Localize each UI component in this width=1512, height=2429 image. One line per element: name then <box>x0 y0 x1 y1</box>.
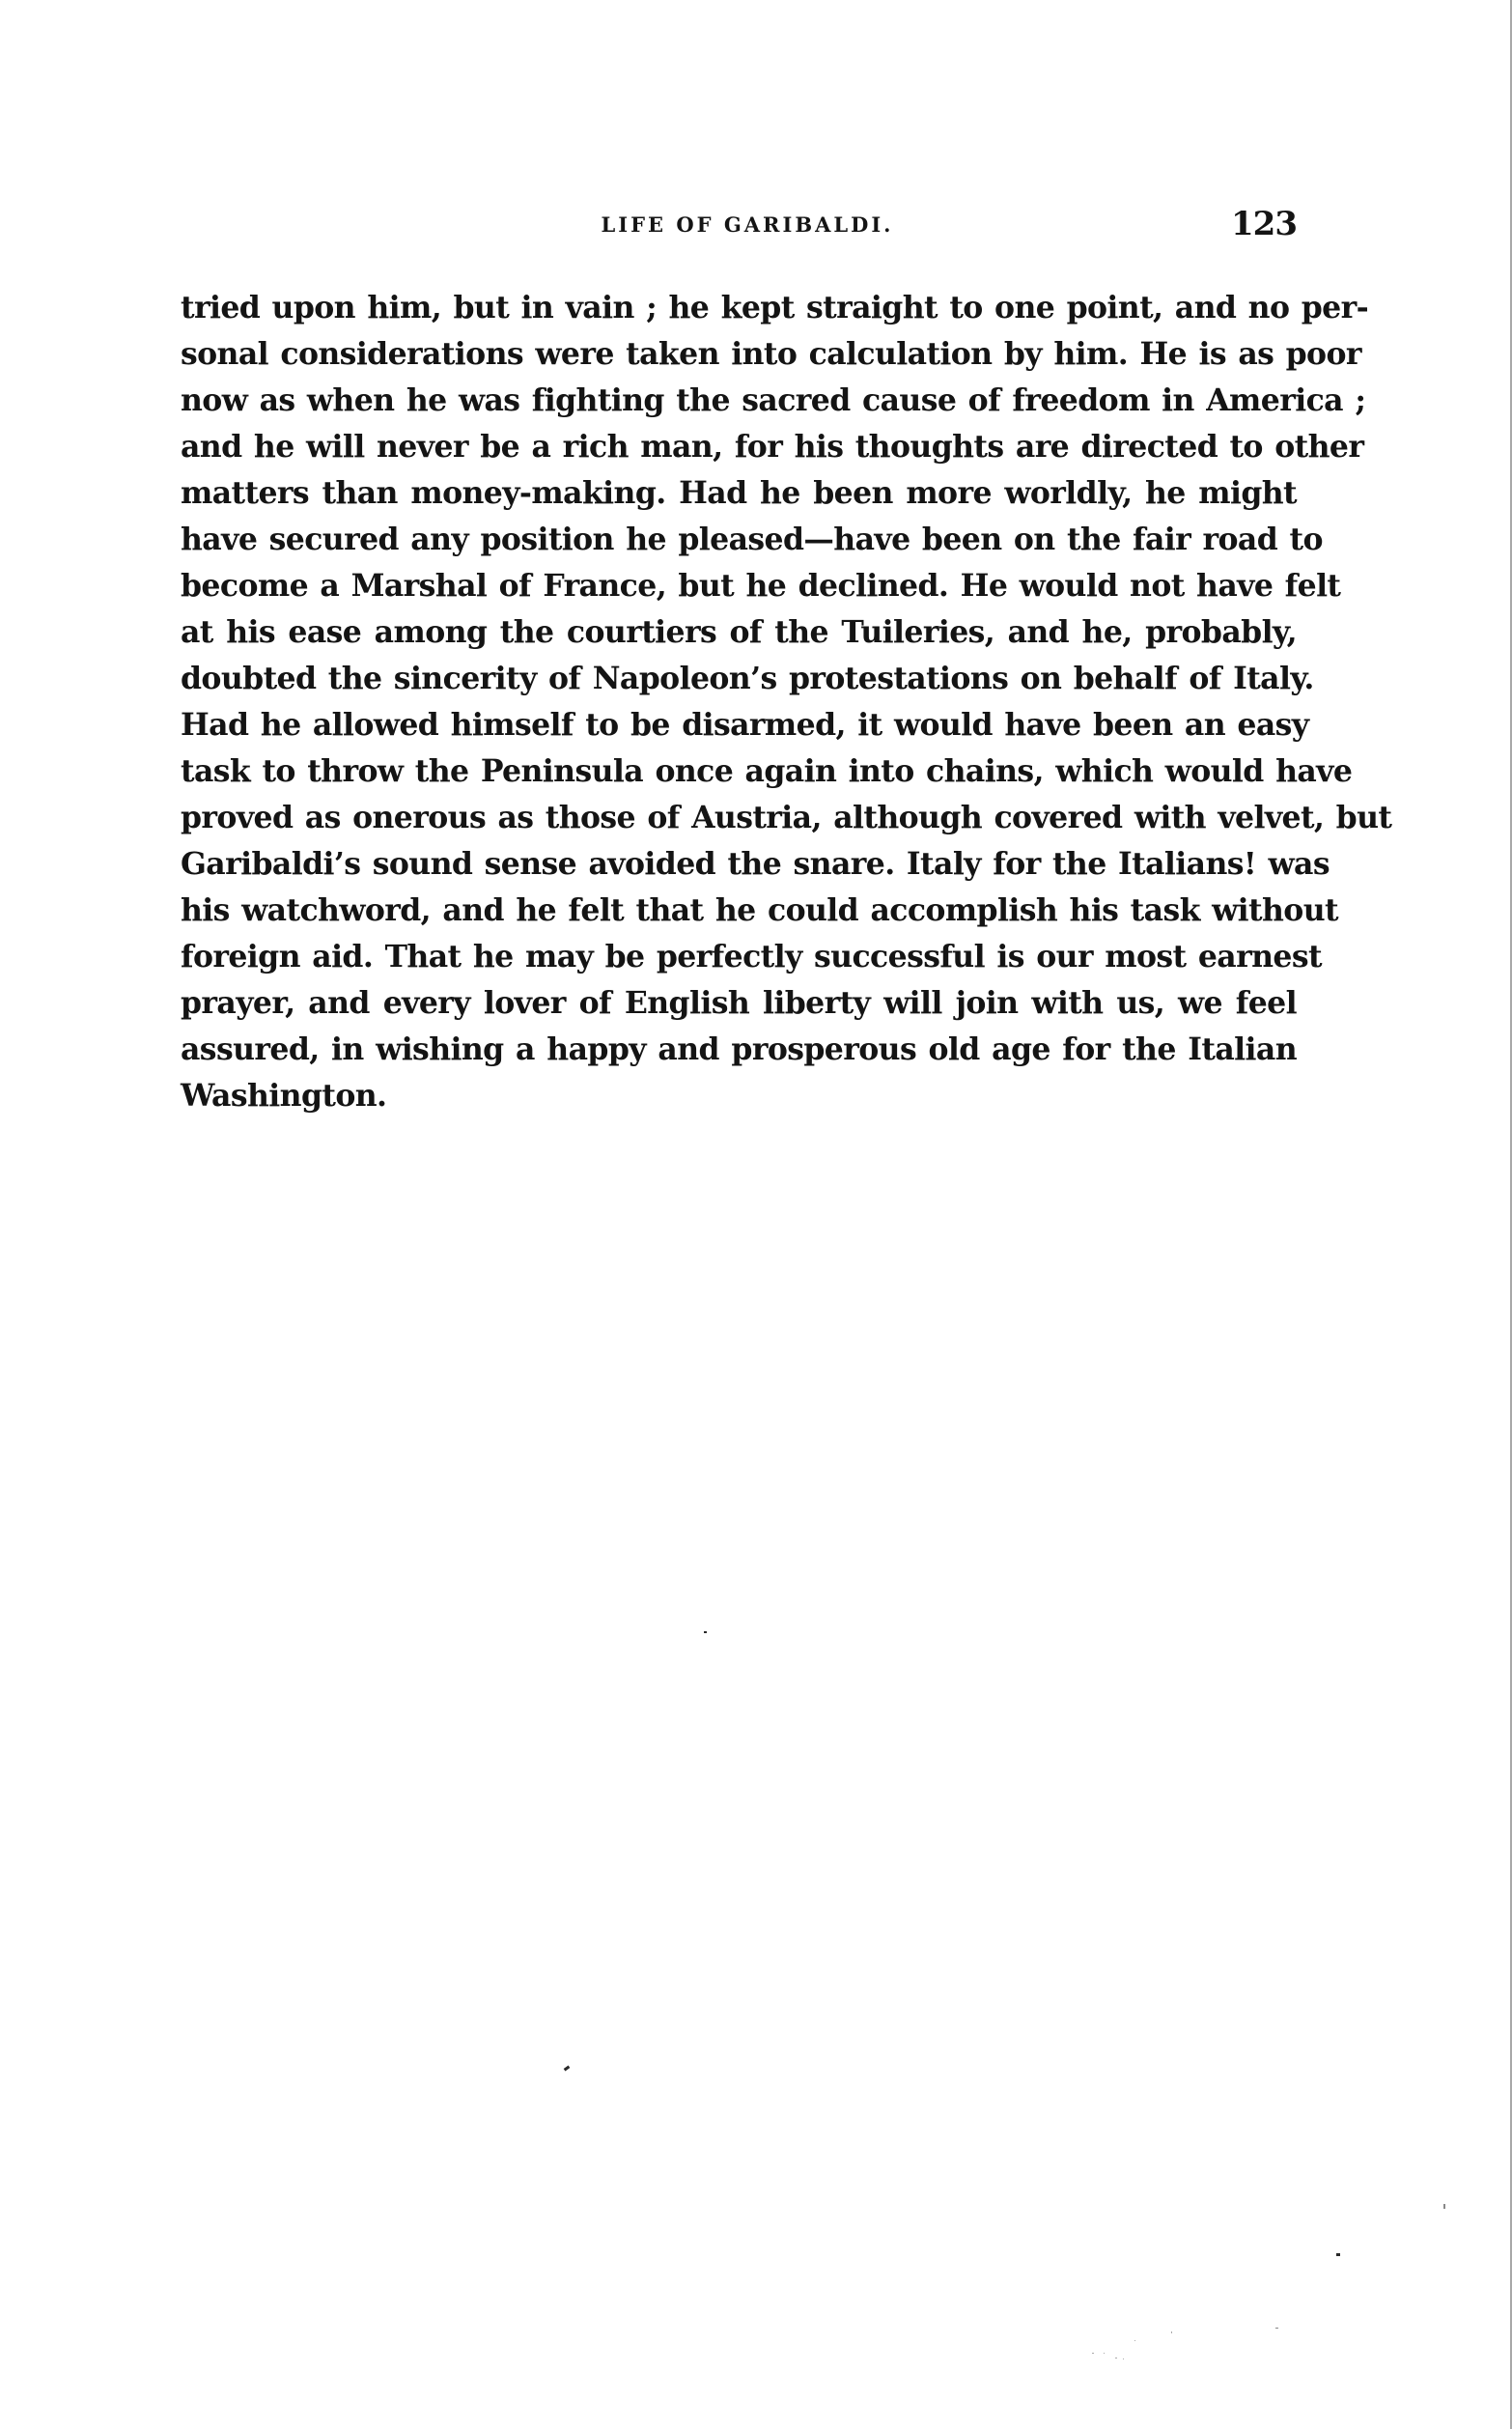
text-line: prayer, and every lover of English liber… <box>181 980 1297 1027</box>
scan-speck <box>1171 2331 1172 2333</box>
scan-speck <box>1092 2353 1094 2354</box>
text-line: and he will never be a rich man, for his… <box>181 424 1297 470</box>
text-line: assured, in wishing a happy and prospero… <box>181 1027 1297 1073</box>
text-line: Had he allowed himself to be disarmed, i… <box>181 702 1297 748</box>
text-line: matters than money-making. Had he been m… <box>181 470 1297 517</box>
text-line: sonal considerations were taken into cal… <box>181 331 1297 378</box>
text-line: now as when he was fighting the sacred c… <box>181 378 1297 424</box>
page-number: 123 <box>1231 205 1297 243</box>
scan-speck <box>1134 2340 1135 2341</box>
scan-speck <box>1443 2204 1445 2209</box>
text-line: foreign aid. That he may be perfectly su… <box>181 934 1297 980</box>
text-line: Washington. <box>181 1073 1297 1119</box>
text-line: at his ease among the courtiers of the T… <box>181 609 1297 656</box>
scan-speck <box>704 1631 707 1633</box>
text-line: his watchword, and he felt that he could… <box>181 888 1297 934</box>
scan-speck <box>1336 2253 1340 2256</box>
text-line: have secured any position he pleased—hav… <box>181 517 1297 563</box>
text-line: task to throw the Peninsula once again i… <box>181 748 1297 795</box>
text-line: Garibaldi’s sound sense avoided the snar… <box>181 841 1297 888</box>
running-title: LIFE OF GARIBALDI. <box>181 212 1297 237</box>
body-paragraph: tried upon him, but in vain ; he kept st… <box>181 285 1297 1119</box>
scan-speck <box>1123 2358 1124 2359</box>
text-line: proved as onerous as those of Austria, a… <box>181 795 1297 841</box>
text-line: tried upon him, but in vain ; he kept st… <box>181 285 1297 331</box>
book-page: LIFE OF GARIBALDI. 123 tried upon him, b… <box>0 0 1512 2429</box>
scan-speck <box>1275 2328 1278 2329</box>
scan-speck <box>1104 2353 1105 2354</box>
scan-speck <box>1115 2358 1117 2358</box>
scan-speck <box>564 2066 571 2072</box>
text-line: doubted the sincerity of Napoleon’s prot… <box>181 656 1297 702</box>
text-line: become a Marshal of France, but he decli… <box>181 563 1297 609</box>
running-head: LIFE OF GARIBALDI. 123 <box>181 205 1297 243</box>
